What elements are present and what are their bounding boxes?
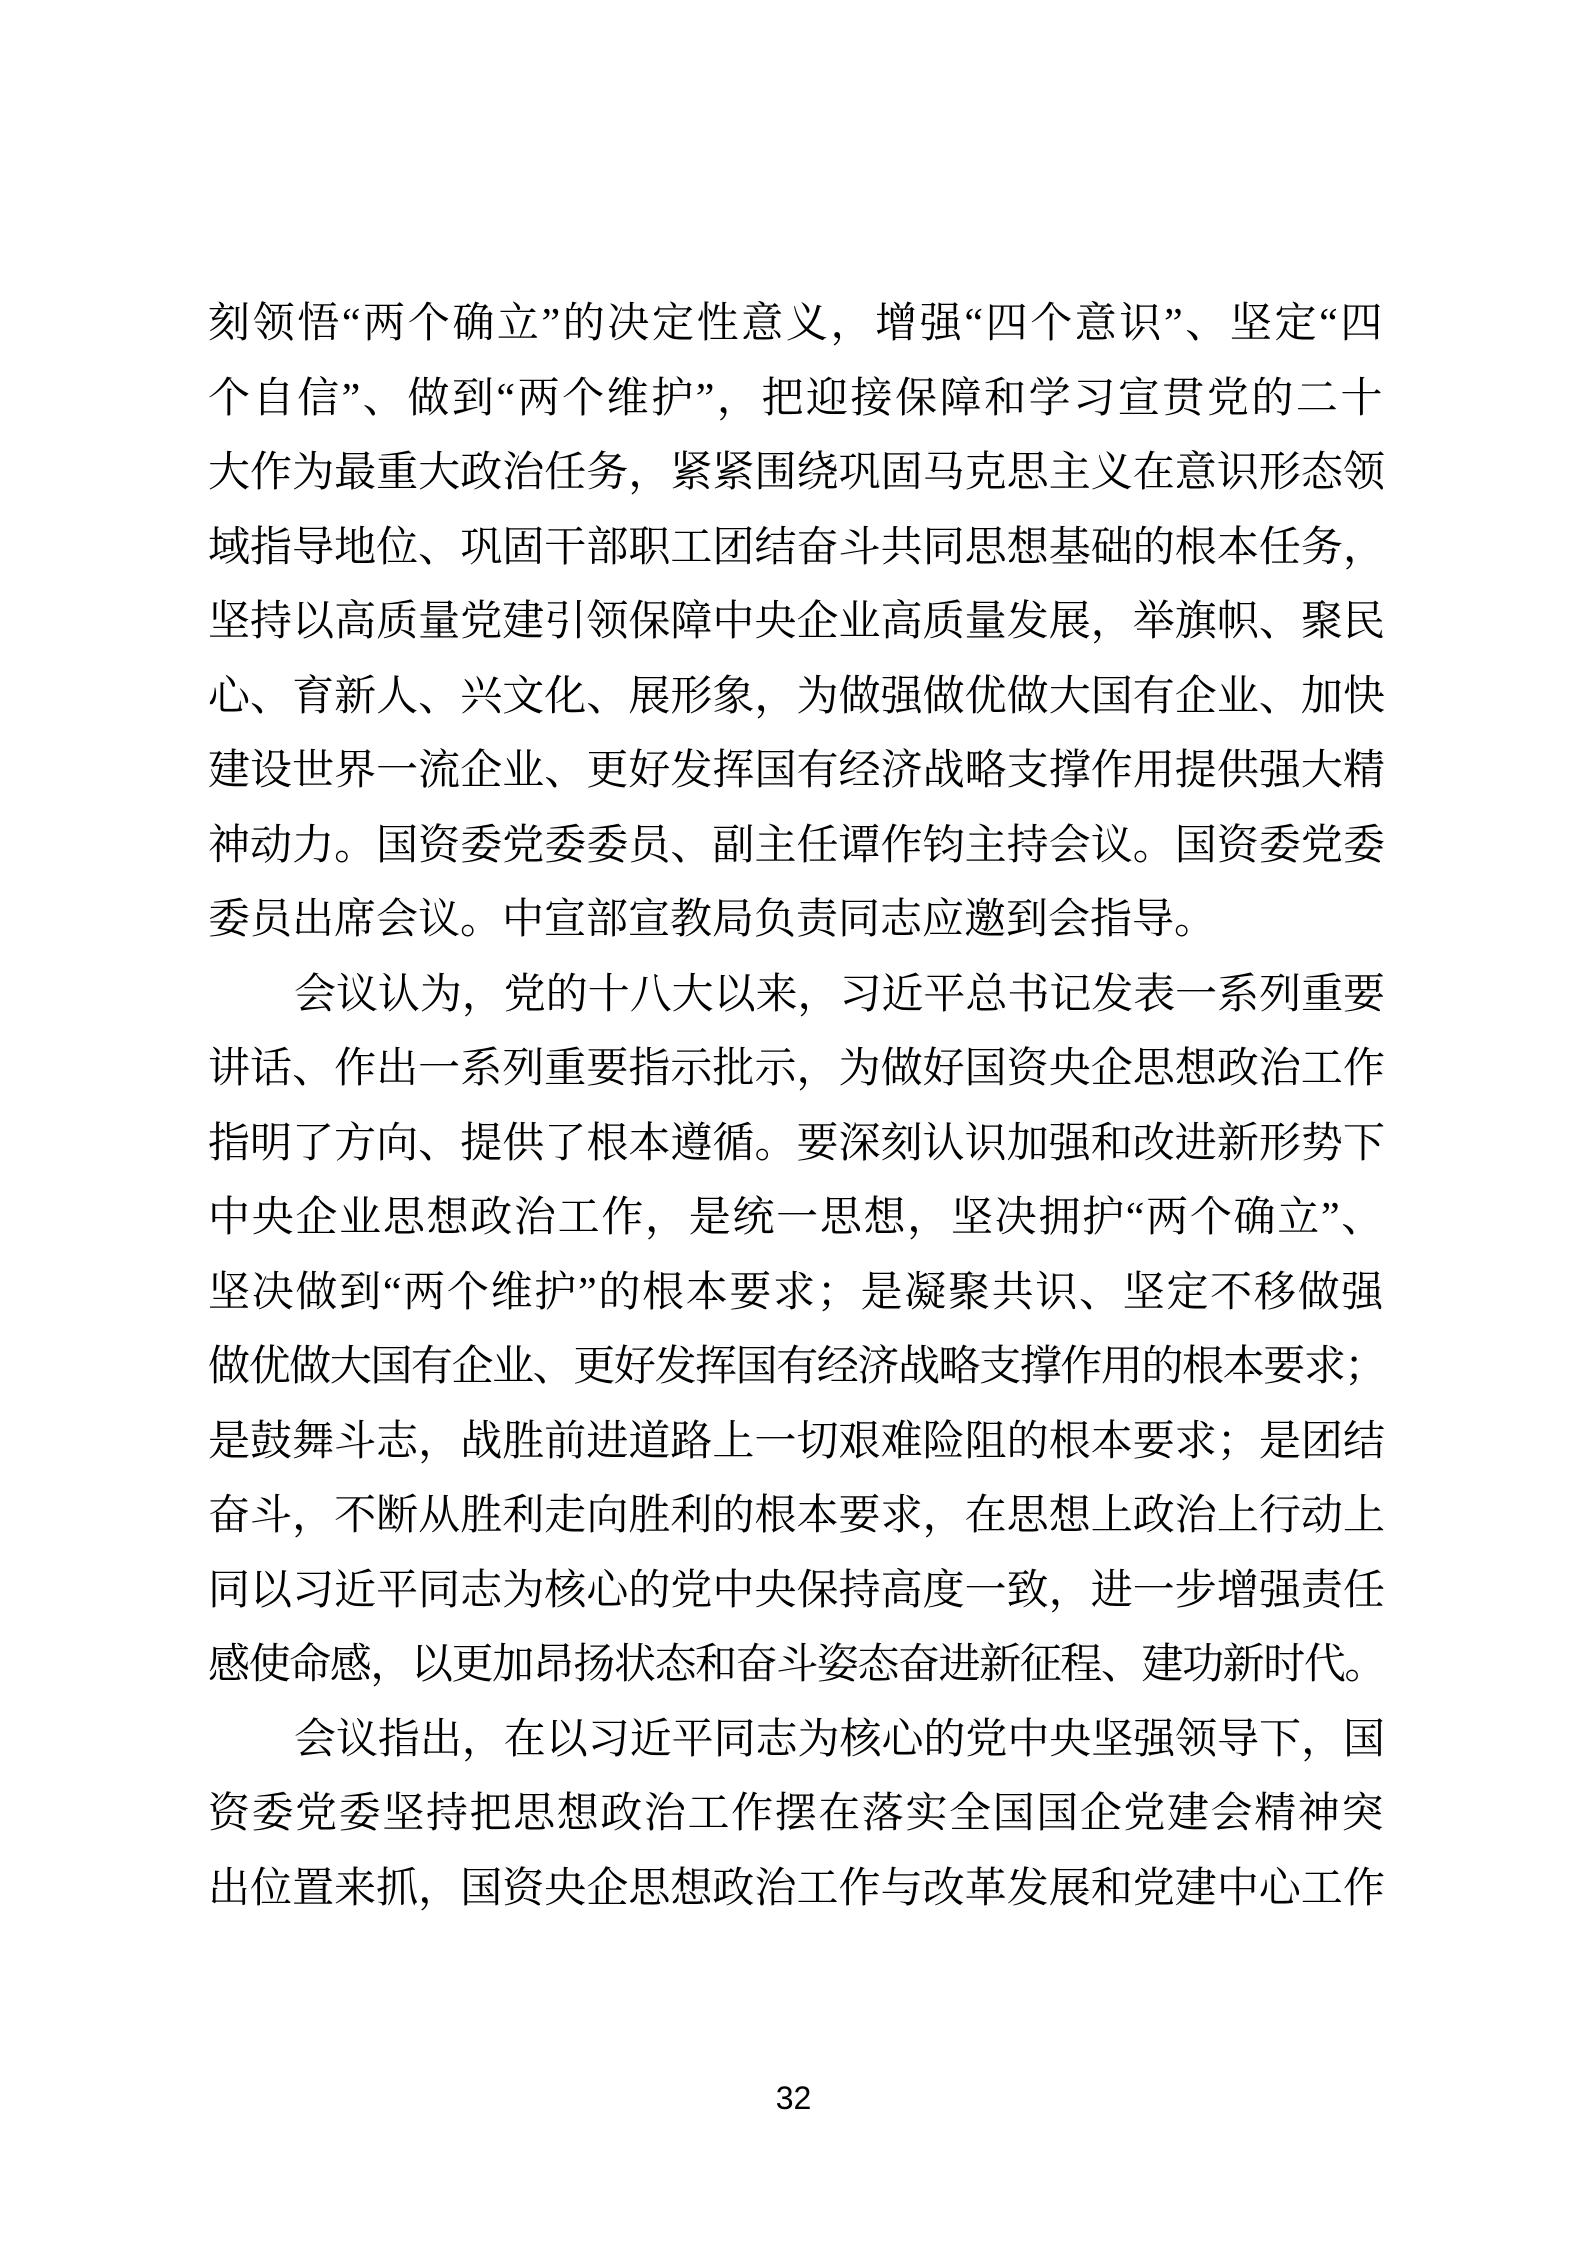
text-run: 坚持以高质量党建引领保障中央企业高质量发展，举旗帜、聚民 [208,599,1385,645]
text-line: 域指导地位、巩固干部职工团结奋斗共同思想基础的根本任务， [208,511,1385,586]
text-run: 同以习近平同志为核心的党中央保持高度一致，进一步增强责任 [208,1568,1385,1614]
text-run: 出位置来抓，国资央企思想政治工作与改革发展和党建中心工作 [208,1866,1385,1912]
text-run: 会议认为，党的十八大以来，习近平总书记发表一系列重要 [294,972,1385,1018]
text-run: 讲话、作出一系列重要指示批示，为做好国资央企思想政治工作 [208,1046,1385,1092]
text-line: 讲话、作出一系列重要指示批示，为做好国资央企思想政治工作 [208,1032,1385,1107]
text-run: 奋斗，不断从胜利走向胜利的根本要求，在思想上政治上行动上 [208,1493,1385,1539]
text-line: 出位置来抓，国资央企思想政治工作与改革发展和党建中心工作 [208,1852,1385,1927]
text-run: 资委党委坚持把思想政治工作摆在落实全国国企党建会精神突 [208,1791,1385,1837]
text-line: 是鼓舞斗志，战胜前进道路上一切艰难险阻的根本要求；是团结 [208,1405,1385,1480]
text-run: 中央企业思想政治工作，是统一思想，坚决拥护“两个确立”、 [208,1195,1385,1241]
text-run: 域指导地位、巩固干部职工团结奋斗共同思想基础的根本任务， [208,525,1385,571]
text-line: 会议认为，党的十八大以来，习近平总书记发表一系列重要 [208,958,1385,1033]
text-run: 做优做大国有企业、更好发挥国有经济战略支撑作用的根本要求； [208,1344,1385,1390]
text-line: 感使命感，以更加昂扬状态和奋斗姿态奋进新征程、建功新时代。 [208,1628,1385,1703]
text-line: 资委党委坚持把思想政治工作摆在落实全国国企党建会精神突 [208,1777,1385,1852]
text-line: 中央企业思想政治工作，是统一思想，坚决拥护“两个确立”、 [208,1181,1385,1256]
text-line: 委员出席会议。中宣部宣教局负责同志应邀到会指导。 [208,883,1385,958]
text-line: 心、育新人、兴文化、展形象，为做强做优做大国有企业、加快 [208,660,1385,735]
text-run: 会议指出，在以习近平同志为核心的党中央坚强领导下，国 [294,1717,1385,1763]
text-run: 建设世界一流企业、更好发挥国有经济战略支撑作用提供强大精 [208,748,1385,794]
text-run: 坚决做到“两个维护”的根本要求；是凝聚共识、坚定不移做强 [208,1270,1385,1316]
text-line: 建设世界一流企业、更好发挥国有经济战略支撑作用提供强大精 [208,734,1385,809]
text-run: 心、育新人、兴文化、展形象，为做强做优做大国有企业、加快 [208,674,1385,720]
text-line: 指明了方向、提供了根本遵循。要深刻认识加强和改进新形势下 [208,1107,1385,1182]
text-run: 感使命感，以更加昂扬状态和奋斗姿态奋进新征程、建功新时代。 [208,1642,1385,1688]
document-body: 刻领悟“两个确立”的决定性意义，增强“四个意识”、坚定“四个自信”、做到“两个维… [208,287,1385,1926]
text-line: 坚决做到“两个维护”的根本要求；是凝聚共识、坚定不移做强 [208,1256,1385,1331]
page-footer: 32 [0,2080,1587,2117]
text-line: 个自信”、做到“两个维护”，把迎接保障和学习宣贯党的二十 [208,362,1385,437]
text-line: 会议指出，在以习近平同志为核心的党中央坚强领导下，国 [208,1703,1385,1778]
text-run: 委员出席会议。中宣部宣教局负责同志应邀到会指导。 [208,897,1216,943]
text-line: 做优做大国有企业、更好发挥国有经济战略支撑作用的根本要求； [208,1330,1385,1405]
text-run: 刻领悟“两个确立”的决定性意义，增强“四个意识”、坚定“四 [208,301,1385,347]
text-run: 神动力。国资委党委委员、副主任谭作钧主持会议。国资委党委 [208,823,1385,869]
text-line: 刻领悟“两个确立”的决定性意义，增强“四个意识”、坚定“四 [208,287,1385,362]
text-line: 奋斗，不断从胜利走向胜利的根本要求，在思想上政治上行动上 [208,1479,1385,1554]
text-line: 大作为最重大政治任务，紧紧围绕巩固马克思主义在意识形态领 [208,436,1385,511]
page-number: 32 [776,2080,812,2116]
document-page: 刻领悟“两个确立”的决定性意义，增强“四个意识”、坚定“四个自信”、做到“两个维… [0,0,1587,2245]
text-run: 大作为最重大政治任务，紧紧围绕巩固马克思主义在意识形态领 [208,450,1385,496]
text-run: 是鼓舞斗志，战胜前进道路上一切艰难险阻的根本要求；是团结 [208,1419,1385,1465]
text-line: 神动力。国资委党委委员、副主任谭作钧主持会议。国资委党委 [208,809,1385,884]
text-run: 个自信”、做到“两个维护”，把迎接保障和学习宣贯党的二十 [208,376,1385,422]
text-run: 指明了方向、提供了根本遵循。要深刻认识加强和改进新形势下 [208,1121,1385,1167]
text-line: 坚持以高质量党建引领保障中央企业高质量发展，举旗帜、聚民 [208,585,1385,660]
text-line: 同以习近平同志为核心的党中央保持高度一致，进一步增强责任 [208,1554,1385,1629]
